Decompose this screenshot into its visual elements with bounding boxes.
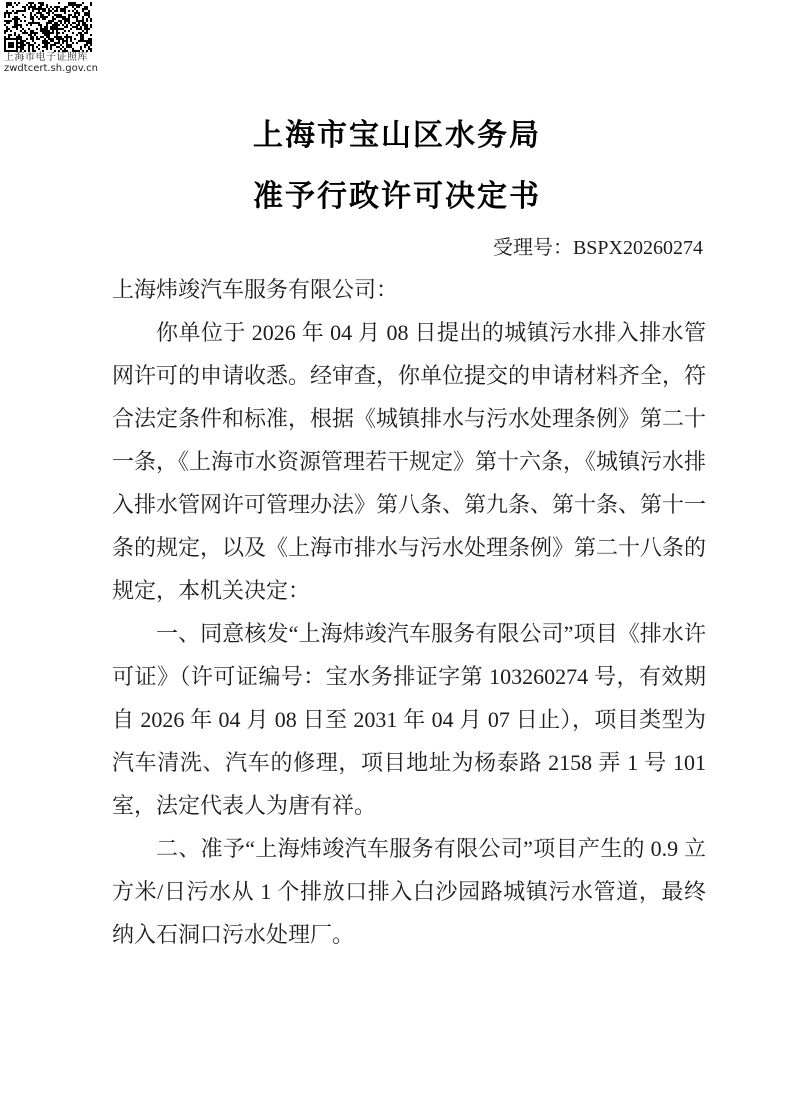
qr-label-url: zwdtcert.sh.gov.cn [4, 63, 104, 74]
acceptance-number-line: 受理号：BSPX20260274 [493, 236, 703, 260]
paragraph-decision-1: 一、同意核发“上海炜竣汽车服务有限公司”项目《排水许可证》（许可证编号：宝水务排… [112, 612, 706, 827]
paragraph-intro: 你单位于 2026 年 04 月 08 日提出的城镇污水排入排水管网许可的申请收… [112, 311, 706, 612]
paragraph-decision-2: 二、准予“上海炜竣汽车服务有限公司”项目产生的 0.9 立方米/日污水从 1 个… [112, 827, 706, 956]
addressee-line: 上海炜竣汽车服务有限公司： [112, 268, 706, 311]
document-title-authority: 上海市宝山区水务局 [0, 120, 794, 152]
qr-code-block: 上海市电子证照库 zwdtcert.sh.gov.cn [4, 2, 104, 74]
qr-code-image [4, 2, 92, 52]
acceptance-number-value: BSPX20260274 [573, 237, 703, 259]
document-body: 上海炜竣汽车服务有限公司： 你单位于 2026 年 04 月 08 日提出的城镇… [112, 268, 706, 956]
acceptance-number-label: 受理号： [493, 237, 573, 259]
document-title-type: 准予行政许可决定书 [0, 181, 794, 213]
license-decision-document: 上海市电子证照库 zwdtcert.sh.gov.cn 上海市宝山区水务局 准予… [0, 0, 794, 1093]
qr-label-cn: 上海市电子证照库 [4, 52, 104, 63]
